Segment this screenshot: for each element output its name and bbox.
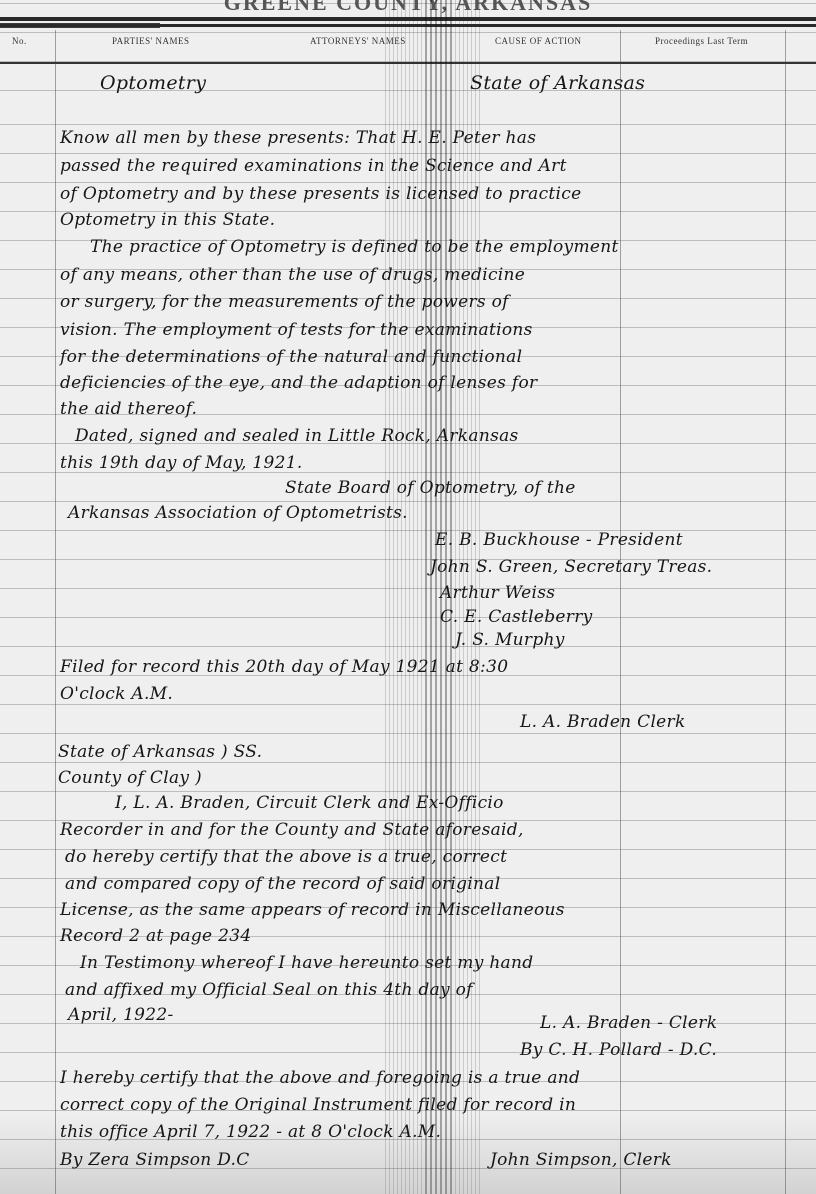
- license-line: the aid thereof.: [60, 399, 197, 419]
- scan-artifact: [385, 0, 425, 1194]
- final-deputy-signature: By Zera Simpson D.C: [60, 1150, 250, 1170]
- license-line: of Optometry and by these presents is li…: [60, 184, 581, 204]
- license-line: passed the required examinations in the …: [60, 156, 567, 176]
- certificate-line: Recorder in and for the County and State…: [60, 820, 524, 840]
- license-line: vision. The employment of tests for the …: [60, 320, 533, 340]
- certificate-deputy-signature: By C. H. Pollard - D.C.: [520, 1040, 717, 1060]
- certificate-line: April, 1922-: [68, 1005, 174, 1025]
- certificate-line: and compared copy of the record of said …: [65, 874, 500, 894]
- certificate-state: State of Arkansas ) SS.: [58, 742, 262, 762]
- license-line: or surgery, for the measurements of the …: [60, 292, 509, 312]
- board-signature: Arthur Weiss: [440, 583, 555, 603]
- final-clerk-signature: John Simpson, Clerk: [490, 1150, 672, 1170]
- license-line: Optometry in this State.: [60, 210, 275, 230]
- board-line: State Board of Optometry, of the: [285, 478, 576, 498]
- board-signature: J. S. Murphy: [455, 630, 565, 650]
- filing-clerk-signature: L. A. Braden Clerk: [520, 712, 686, 732]
- certificate-line: In Testimony whereof I have hereunto set…: [80, 953, 533, 973]
- board-signature: E. B. Buckhouse - President: [435, 530, 683, 550]
- certificate-line: I, L. A. Braden, Circuit Clerk and Ex-Of…: [115, 793, 504, 813]
- final-certificate-line: this office April 7, 1922 - at 8 O'clock…: [60, 1122, 441, 1142]
- board-line: Arkansas Association of Optometrists.: [68, 503, 408, 523]
- certificate-line: License, as the same appears of record i…: [60, 900, 565, 920]
- license-line: for the determinations of the natural an…: [60, 347, 522, 367]
- final-certificate-line: correct copy of the Original Instrument …: [60, 1095, 576, 1115]
- column-header-number: No.: [12, 36, 27, 46]
- certificate-line: and affixed my Official Seal on this 4th…: [65, 980, 473, 1000]
- column-header-parties: PARTIES' NAMES: [112, 36, 190, 46]
- license-line: The practice of Optometry is defined to …: [90, 237, 619, 257]
- certificate-line: do hereby certify that the above is a tr…: [65, 847, 507, 867]
- ledger-page: GREENE COUNTY, ARKANSAS No. PARTIES' NAM…: [0, 0, 816, 1194]
- cause-of-action: State of Arkansas: [470, 72, 645, 94]
- certificate-county: County of Clay ): [58, 768, 202, 788]
- license-line: Dated, signed and sealed in Little Rock,…: [75, 426, 519, 446]
- board-signature: C. E. Castleberry: [440, 607, 593, 627]
- certificate-line: Record 2 at page 234: [60, 926, 251, 946]
- filing-line: Filed for record this 20th day of May 19…: [60, 657, 508, 677]
- column-header-proceedings: Proceedings Last Term: [655, 36, 748, 46]
- certificate-clerk-signature: L. A. Braden - Clerk: [540, 1013, 717, 1033]
- board-signature: John S. Green, Secretary Treas.: [430, 557, 712, 577]
- license-line: deficiencies of the eye, and the adaptio…: [60, 373, 537, 393]
- column-divider: [55, 30, 56, 1194]
- final-certificate-line: I hereby certify that the above and fore…: [60, 1068, 580, 1088]
- license-line: this 19th day of May, 1921.: [60, 453, 303, 473]
- column-header-cause: CAUSE OF ACTION: [495, 36, 582, 46]
- license-line: Know all men by these presents: That H. …: [60, 128, 536, 148]
- party-name: Optometry: [100, 72, 206, 94]
- column-divider: [785, 30, 786, 1194]
- license-line: of any means, other than the use of drug…: [60, 265, 525, 285]
- filing-line: O'clock A.M.: [60, 684, 173, 704]
